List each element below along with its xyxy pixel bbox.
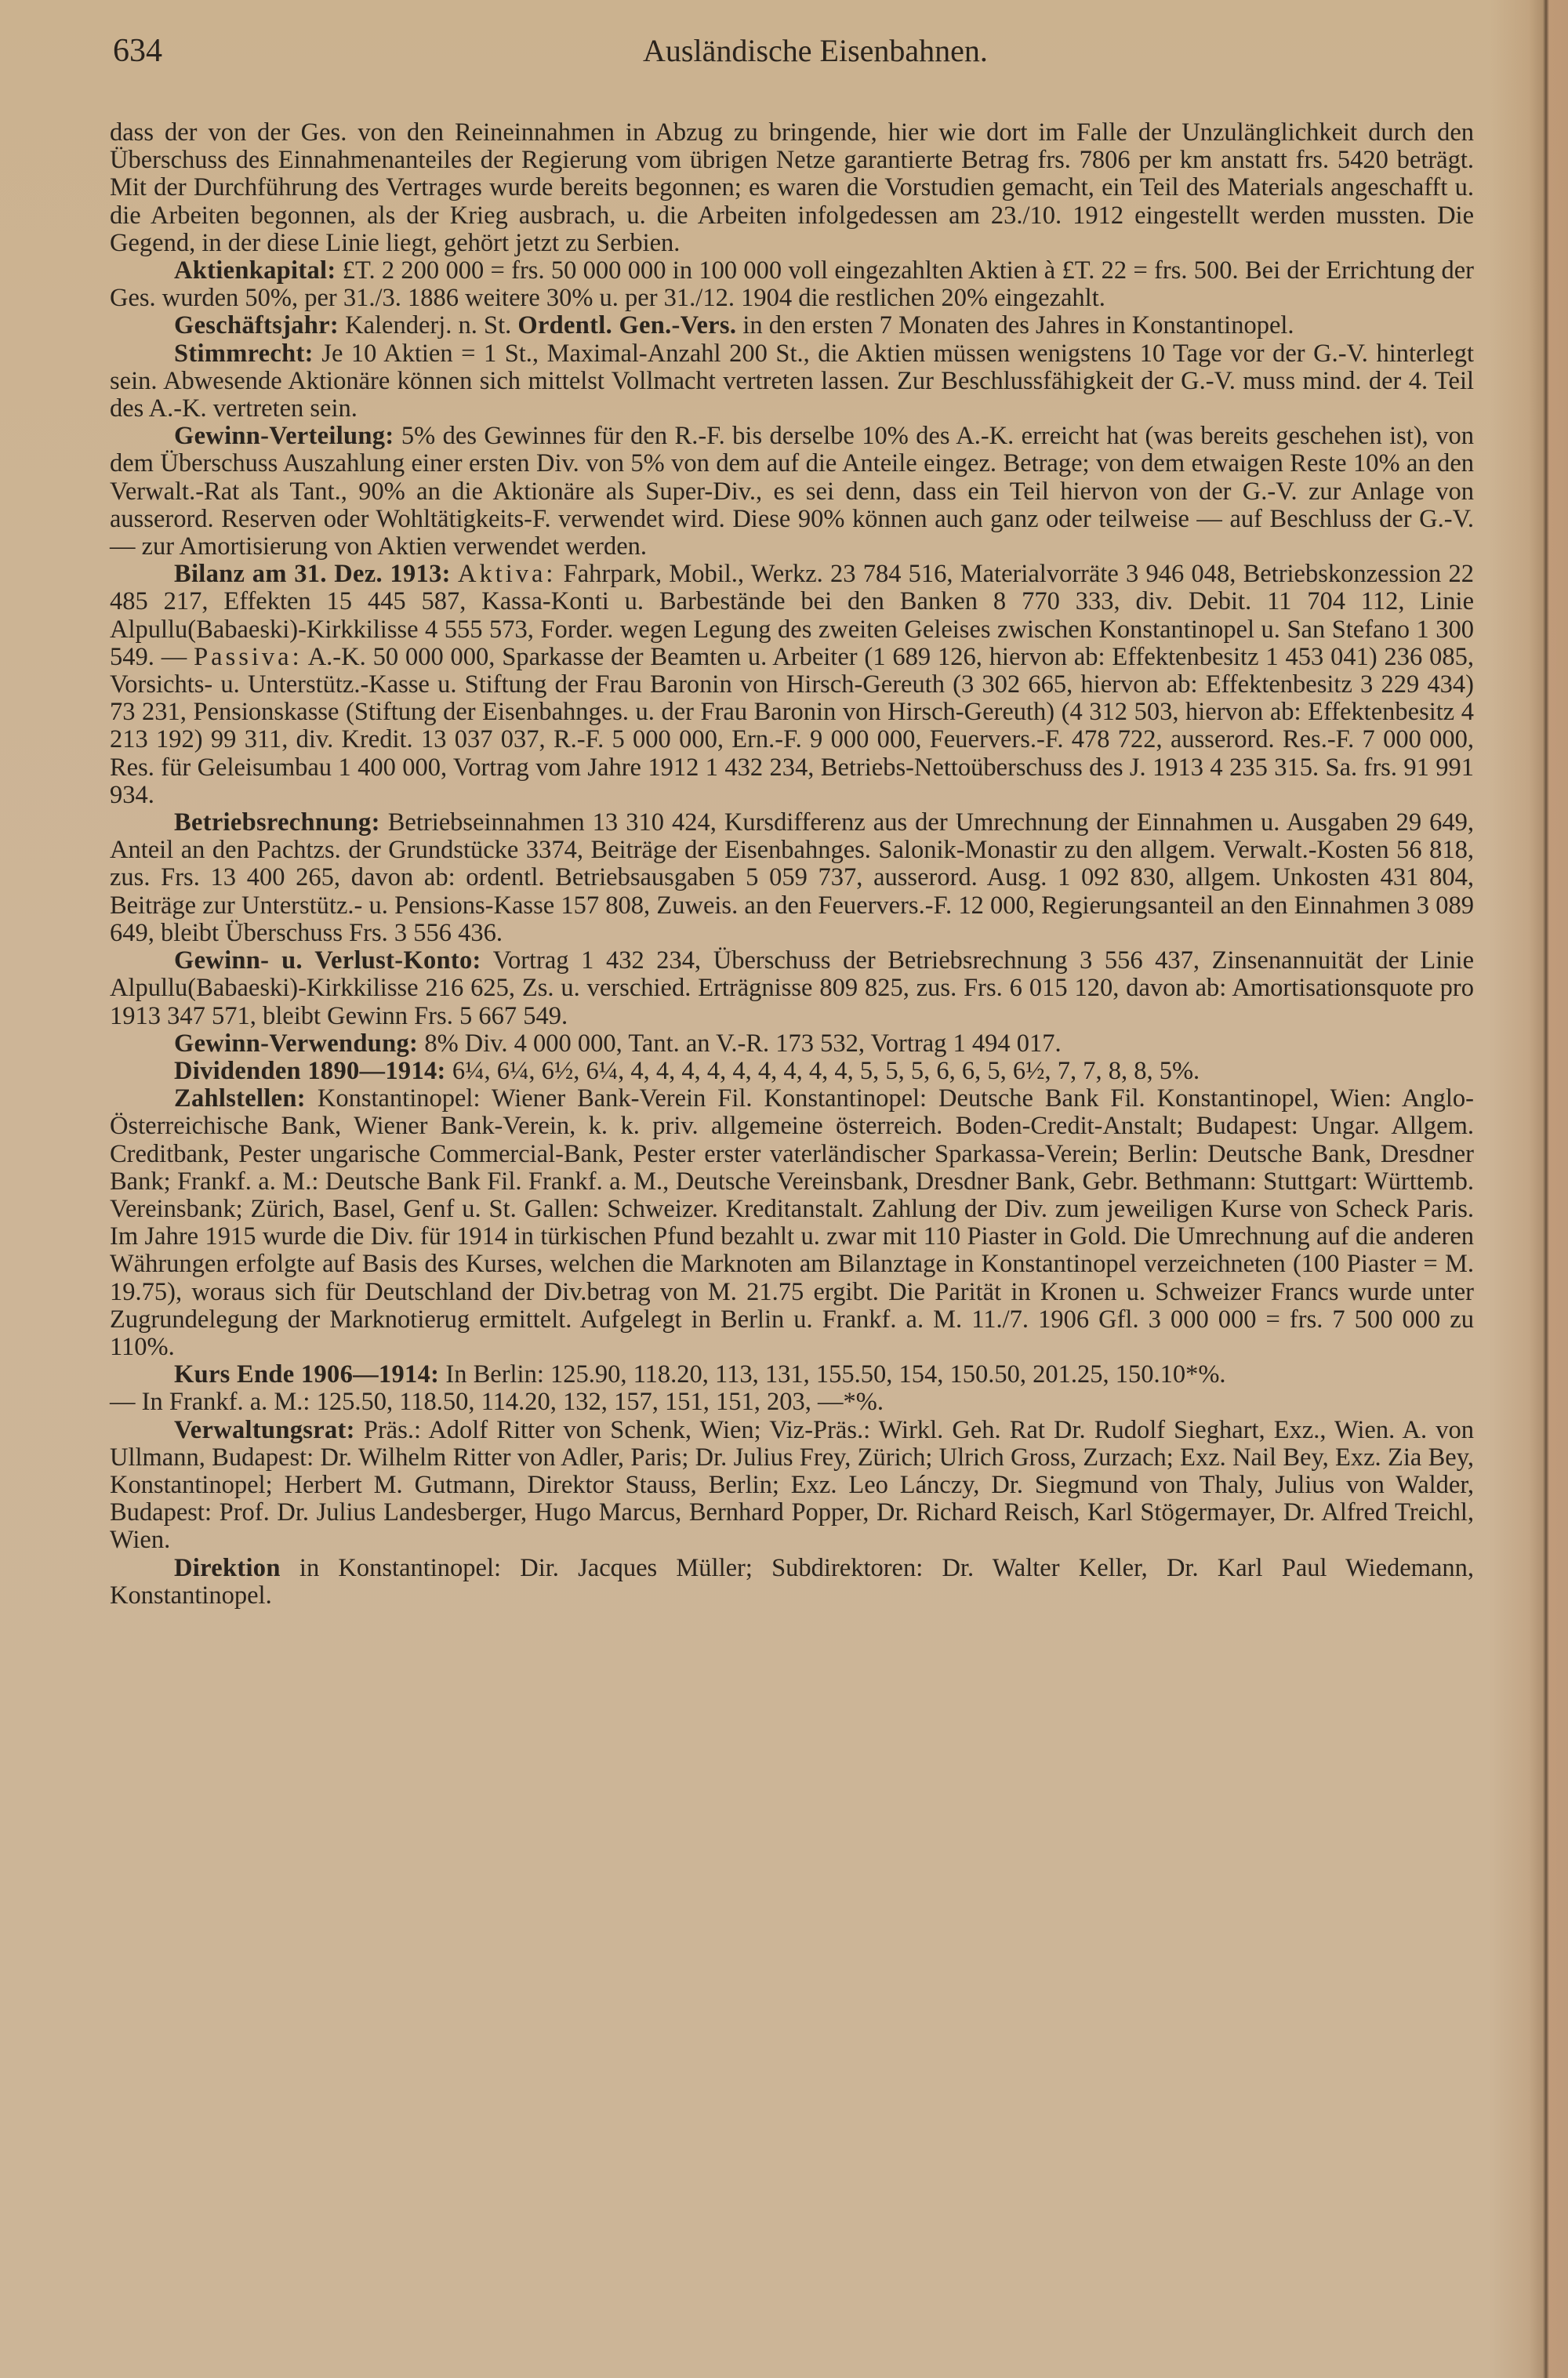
section-heading: Gewinn- u. Verlust-Konto: bbox=[174, 946, 481, 975]
section-heading: Geschäftsjahr: bbox=[174, 311, 339, 339]
paragraph-text: dass der von der Ges. von den Reineinnah… bbox=[110, 118, 1474, 257]
section-heading: Stimmrecht: bbox=[174, 339, 314, 368]
section-heading: Gewinn-Verteilung: bbox=[174, 422, 394, 450]
paragraph-gewinn-verlust-konto: Gewinn- u. Verlust-Konto: Vortrag 1 432 … bbox=[110, 947, 1474, 1030]
paragraph-verwaltungsrat: Verwaltungsrat: Präs.: Adolf Ritter von … bbox=[110, 1417, 1474, 1555]
paragraph-kurs: Kurs Ende 1906—1914: In Berlin: 125.90, … bbox=[110, 1361, 1474, 1389]
section-heading: Gewinn-Verwendung: bbox=[174, 1029, 418, 1058]
paragraph-geschaeftsjahr: Geschäftsjahr: Kalenderj. n. St. Ordentl… bbox=[110, 312, 1474, 339]
paragraph-text: in Konstantinopel: Dir. Jacques Müller; … bbox=[110, 1554, 1474, 1610]
section-heading: Aktienkapital: bbox=[174, 256, 336, 285]
paragraph-text: in den ersten 7 Monaten des Jahres in Ko… bbox=[736, 311, 1294, 339]
paragraph-continuation: dass der von der Ges. von den Reineinnah… bbox=[110, 119, 1474, 257]
section-heading: Verwaltungsrat: bbox=[174, 1416, 355, 1444]
paragraph-kurs-frankfurt: — In Frankf. a. M.: 125.50, 118.50, 114.… bbox=[110, 1389, 1474, 1416]
paragraph-aktienkapital: Aktienkapital: £T. 2 200 000 = frs. 50 0… bbox=[110, 257, 1474, 312]
spaced-label-aktiva: Aktiva: bbox=[458, 560, 556, 588]
section-heading: Ordentl. Gen.-Vers. bbox=[517, 311, 736, 339]
paragraph-text: Konstantinopel: Wiener Bank-Verein Fil. … bbox=[110, 1084, 1474, 1361]
paragraph-text: 6¼, 6¼, 6½, 6¼, 4, 4, 4, 4, 4, 4, 4, 4, … bbox=[446, 1057, 1200, 1085]
paragraph-gewinn-verwendung: Gewinn-Verwendung: 8% Div. 4 000 000, Ta… bbox=[110, 1030, 1474, 1058]
paragraph-text: 8% Div. 4 000 000, Tant. an V.-R. 173 53… bbox=[418, 1029, 1061, 1058]
paragraph-gewinn-verteilung: Gewinn-Verteilung: 5% des Gewinnes für d… bbox=[110, 423, 1474, 561]
paragraph-stimmrecht: Stimmrecht: Je 10 Aktien = 1 St., Maxima… bbox=[110, 340, 1474, 423]
paragraph-direktion: Direktion in Konstantinopel: Dir. Jacque… bbox=[110, 1555, 1474, 1610]
body-text: dass der von der Ges. von den Reineinnah… bbox=[110, 119, 1474, 1610]
spaced-label-passiva: Passiva: bbox=[194, 643, 303, 671]
section-heading: Zahlstellen: bbox=[174, 1084, 306, 1113]
paragraph-text: Je 10 Aktien = 1 St., Maximal-Anzahl 200… bbox=[110, 339, 1474, 423]
paragraph-betriebsrechnung: Betriebsrechnung: Betriebseinnahmen 13 3… bbox=[110, 809, 1474, 947]
section-heading: Dividenden 1890—1914: bbox=[174, 1057, 446, 1085]
section-heading: Direktion bbox=[174, 1554, 281, 1582]
paragraph-zahlstellen: Zahlstellen: Konstantinopel: Wiener Bank… bbox=[110, 1085, 1474, 1361]
section-heading: Kurs Ende 1906—1914: bbox=[174, 1360, 439, 1389]
paragraph-dividenden: Dividenden 1890—1914: 6¼, 6¼, 6½, 6¼, 4,… bbox=[110, 1058, 1474, 1085]
book-page: 634 Ausländische Eisenbahnen. dass der v… bbox=[0, 0, 1568, 2378]
paragraph-text: Kalenderj. n. St. bbox=[339, 311, 517, 339]
paragraph-text: A.-K. 50 000 000, Sparkasse der Beamten … bbox=[110, 643, 1474, 809]
section-heading: Betriebsrechnung: bbox=[174, 808, 380, 837]
paragraph-text: — In Frankf. a. M.: 125.50, 118.50, 114.… bbox=[110, 1388, 884, 1416]
paragraph-bilanz: Bilanz am 31. Dez. 1913: Aktiva: Fahrpar… bbox=[110, 561, 1474, 809]
section-heading: Bilanz am 31. Dez. 1913: bbox=[174, 560, 451, 588]
running-head: 634 Ausländische Eisenbahnen. bbox=[110, 31, 1474, 71]
running-title: Ausländische Eisenbahnen. bbox=[110, 31, 1474, 71]
paragraph-text: In Berlin: 125.90, 118.20, 113, 131, 155… bbox=[439, 1360, 1225, 1389]
